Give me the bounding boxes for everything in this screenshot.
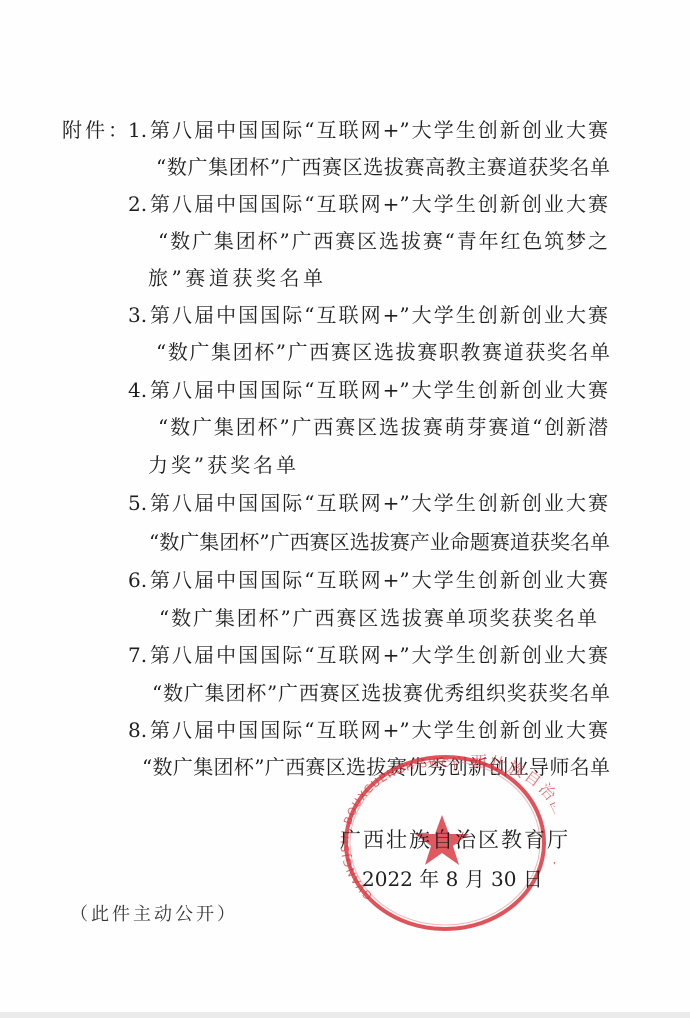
attachment-item-4-line-3: 力奖”获奖名单 <box>148 453 296 477</box>
attachment-item-5-line-1: 第八届中国国际“互联网+”大学生创新创业大赛 <box>150 491 608 515</box>
attachment-item-2-line-2: “数广集团杯”广西赛区选拔赛“青年红色筑梦之 <box>158 229 608 253</box>
attachments-label: 附件： <box>62 118 128 142</box>
attachment-item-7-number: 7. <box>128 643 148 667</box>
attachment-item-6-line-2: “数广集团杯”广西赛区选拔赛单项奖获奖名单 <box>159 606 597 630</box>
attachment-item-4-line-2: “数广集团杯”广西赛区选拔赛萌芽赛道“创新潜 <box>158 415 608 439</box>
attachment-item-5-number: 5. <box>128 491 148 515</box>
attachment-item-5-line-2: “数广集团杯”广西赛区选拔赛产业命题赛道获奖名单 <box>149 530 610 554</box>
attachment-item-2-line-1: 第八届中国国际“互联网+”大学生创新创业大赛 <box>150 192 608 216</box>
attachment-item-2-number: 2. <box>128 192 148 216</box>
issue-date: 2022 年 8 月 30 日 <box>362 867 524 891</box>
public-disclosure-note: （此件主动公开） <box>70 903 224 927</box>
attachment-item-4-number: 4. <box>128 378 148 402</box>
attachment-item-8-line-1: 第八届中国国际“互联网+”大学生创新创业大赛 <box>150 718 608 742</box>
issuer-name: 广西壮族自治区教育厅 <box>340 828 558 852</box>
attachment-item-8-line-2: “数广集团杯”广西赛区选拔赛优秀创新创业导师名单 <box>142 755 610 779</box>
page-bottom-edge <box>0 1012 690 1018</box>
attachment-item-3-number: 3. <box>128 303 148 327</box>
attachment-item-3-line-1: 第八届中国国际“互联网+”大学生创新创业大赛 <box>150 303 608 327</box>
attachment-item-6-number: 6. <box>128 568 148 592</box>
attachment-item-1-line-2: “数广集团杯”广西赛区选拔赛高教主赛道获奖名单 <box>156 155 610 179</box>
attachment-item-7-line-2: “数广集团杯”广西赛区选拔赛优秀组织奖获奖名单 <box>152 681 610 705</box>
attachment-item-7-line-1: 第八届中国国际“互联网+”大学生创新创业大赛 <box>150 643 608 667</box>
attachment-item-6-line-1: 第八届中国国际“互联网+”大学生创新创业大赛 <box>150 568 608 592</box>
attachment-item-2-line-3: 旅”赛道获奖名单 <box>148 266 323 290</box>
attachment-item-4-line-1: 第八届中国国际“互联网+”大学生创新创业大赛 <box>150 378 608 402</box>
attachment-item-8-number: 8. <box>128 718 148 742</box>
attachment-item-3-line-2: “数广集团杯”广西赛区选拔赛职教赛道获奖名单 <box>156 340 610 364</box>
attachment-item-1-number: 1. <box>128 118 148 142</box>
attachment-item-1-line-1: 第八届中国国际“互联网+”大学生创新创业大赛 <box>150 118 608 142</box>
